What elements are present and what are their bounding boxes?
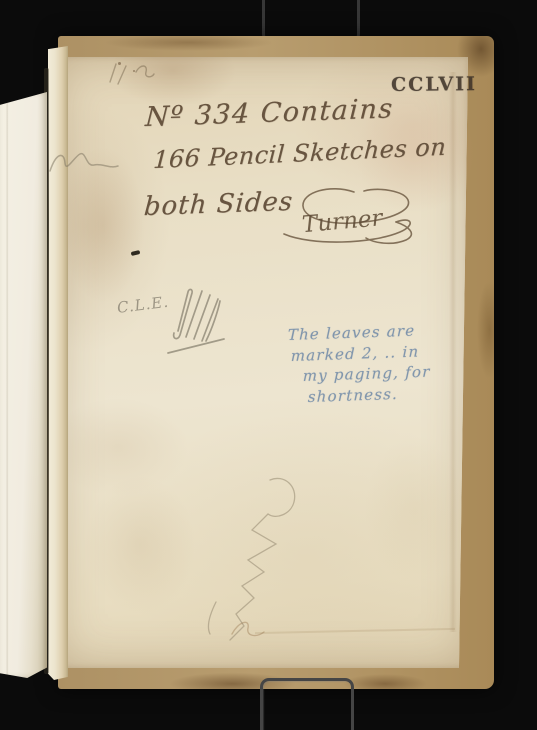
ink-inscription-line-3: both Sides (143, 187, 294, 222)
photograph-of-sketchbook-cover: CCLVII Nº 334 Contains 166 Pencil Sketch… (0, 0, 537, 730)
page-fore-edge (0, 92, 47, 678)
faint-brown-curl-mark (222, 600, 282, 650)
book-cradle-wire-bottom (260, 678, 354, 730)
signature-text: Turner (301, 205, 386, 238)
curator-note-line-4: shortness. (308, 385, 399, 406)
pencil-monogram-mark (162, 281, 240, 361)
faint-pencil-scribble (44, 139, 124, 185)
bequest-number-stamp: CCLVII (391, 73, 477, 96)
faint-corner-marks (92, 46, 172, 102)
flourished-signature: Turner (276, 182, 428, 250)
